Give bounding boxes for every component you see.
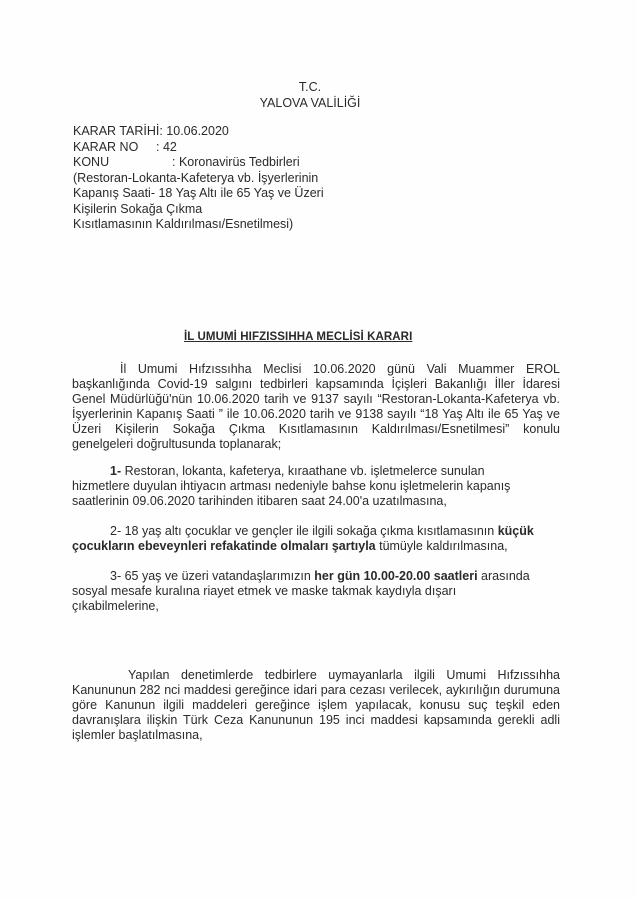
decision-date-row: KARAR TARİHİ: 10.06.2020 [73,124,324,140]
subject-detail-line: Kısıtlamasının Kaldırılması/Esnetilmesi) [73,217,324,233]
item-text: 18 yaş altı çocuklar ve gençler ile ilgi… [121,524,498,538]
subject-label: KONU [73,155,172,171]
decision-item: 2- 18 yaş altı çocuklar ve gençler ile i… [72,524,542,554]
decision-date-label: KARAR TARİHİ [73,124,159,140]
subject-value: : Koronavirüs Tedbirleri [172,155,300,169]
subject-detail-line: Kapanış Saati- 18 Yaş Altı ile 65 Yaş ve… [73,186,324,202]
decision-item: 3- 65 yaş ve üzeri vatandaşlarımızın her… [72,569,542,614]
document-page: T.C. YALOVA VALİLİĞİ KARAR TARİHİ: 10.06… [0,0,637,900]
decision-item: 1- Restoran, lokanta, kafeterya, kıraath… [72,464,542,509]
item-number: 1- [110,464,121,478]
decision-no-label: KARAR NO [73,140,156,156]
item-bold-text: her gün 10.00-20.00 saatleri [314,569,477,583]
header-governorship: YALOVA VALİLİĞİ [220,96,400,110]
item-text-after: tümüyle kaldırılmasına, [376,539,508,553]
item-number: 2- [110,524,121,538]
subject-detail-line: (Restoran-Lokanta-Kafeterya vb. İşyerler… [73,171,324,187]
decision-no-row: KARAR NO: 42 [73,140,324,156]
intro-text: İl Umumi Hıfzıssıhha Meclisi 10.06.2020 … [72,362,560,452]
subject-detail-line: Kişilerin Sokağa Çıkma [73,202,324,218]
subject-row: KONU: Koronavirüs Tedbirleri [73,155,324,171]
item-text: 65 yaş ve üzeri vatandaşlarımızın [121,569,314,583]
decision-date-value: : 10.06.2020 [159,124,229,138]
decision-meta: KARAR TARİHİ: 10.06.2020 KARAR NO: 42 KO… [73,124,324,233]
header-tc: T.C. [250,80,370,94]
final-paragraph: Yapılan denetimlerde tedbirlere uymayanl… [72,668,560,743]
item-text: Restoran, lokanta, kafeterya, kıraathane… [72,464,510,508]
decision-title: İL UMUMİ HIFZISSIHHA MECLİSİ KARARI [184,331,412,343]
final-text: Yapılan denetimlerde tedbirlere uymayanl… [72,668,560,743]
item-number: 3- [110,569,121,583]
decision-items: 1- Restoran, lokanta, kafeterya, kıraath… [72,464,542,629]
decision-no-value: : 42 [156,140,177,154]
intro-paragraph: İl Umumi Hıfzıssıhha Meclisi 10.06.2020 … [72,362,560,452]
